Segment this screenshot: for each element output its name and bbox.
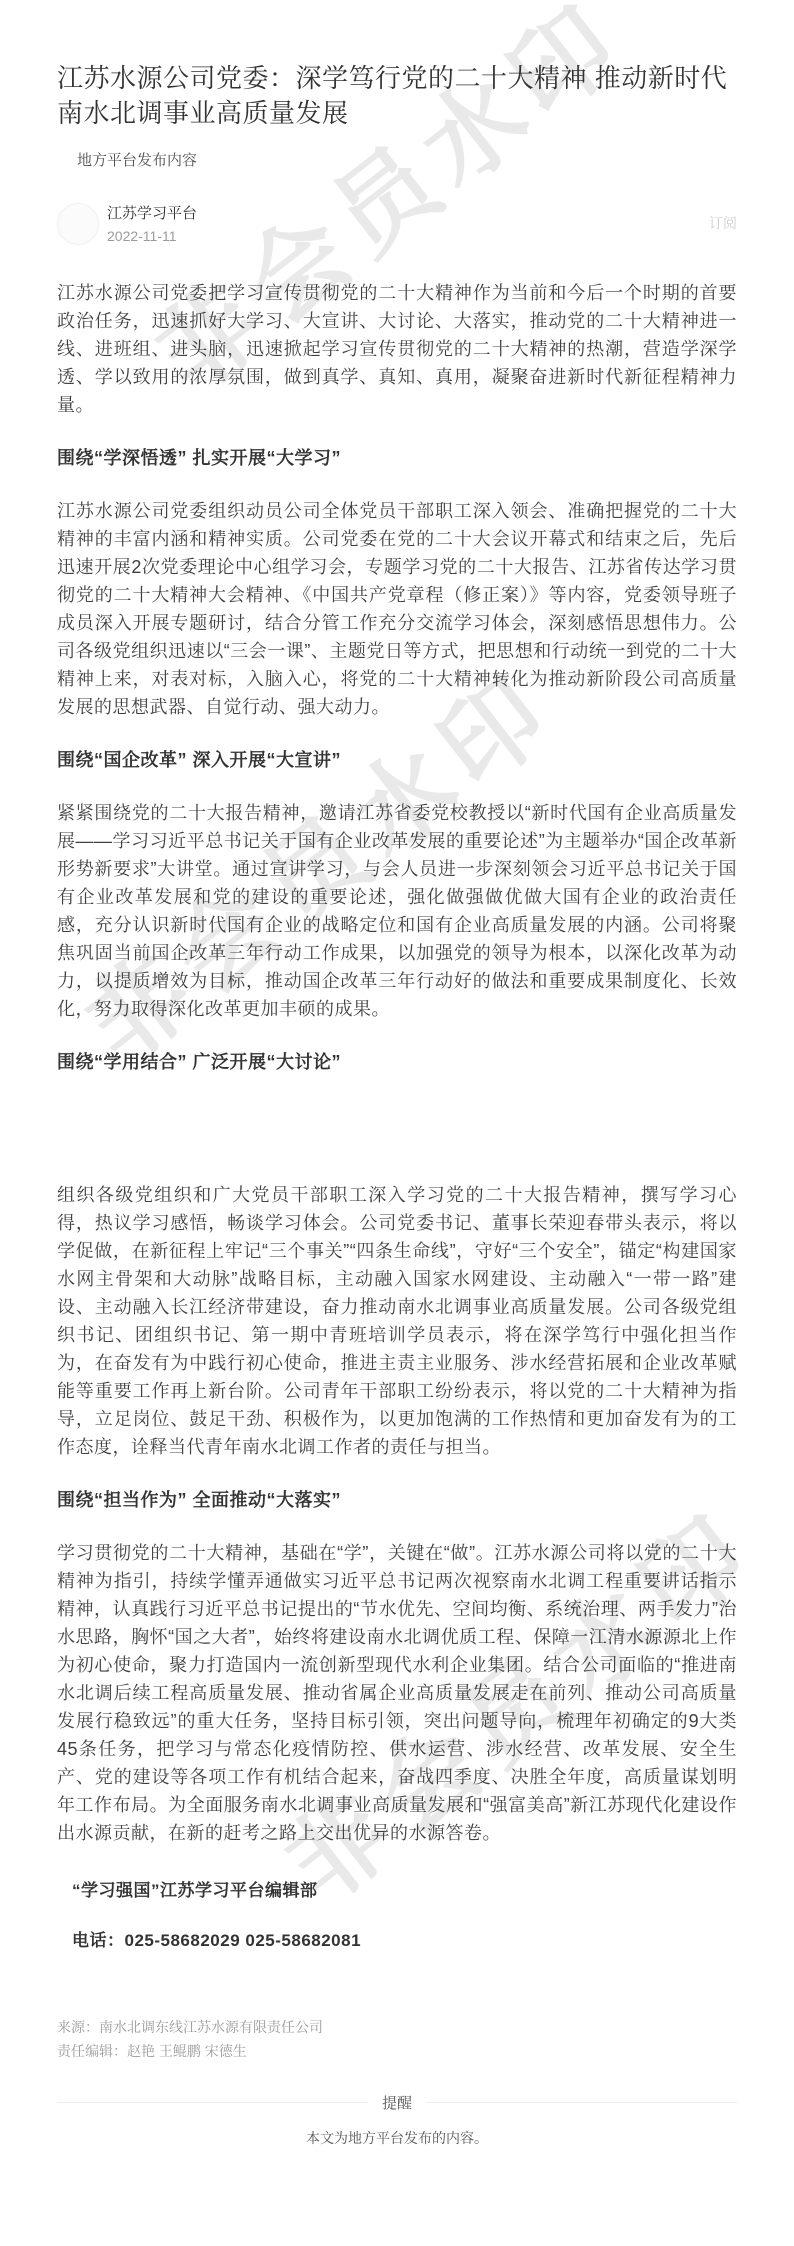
section-heading-3: 围绕“学用结合” 广泛开展“大讨论” <box>57 1049 737 1075</box>
section-paragraph-2: 紧紧围绕党的二十大报告精神，邀请江苏省委党校教授以“新时代国有企业高质量发展——… <box>57 799 737 1023</box>
publish-date: 2022-11-11 <box>107 227 197 245</box>
editorial-block: “学习强国”江苏学习平台编辑部 电话：025-58682029 025-5868… <box>57 1879 737 1953</box>
article-title: 江苏水源公司党委：深学笃行党的二十大精神 推动新时代南水北调事业高质量发展 <box>57 61 737 131</box>
author-meta: 江苏学习平台 2022-11-11 <box>107 204 197 245</box>
section-paragraph-4: 学习贯彻党的二十大精神，基础在“学”，关键在“做”。江苏水源公司将以党的二十大精… <box>57 1539 737 1847</box>
editors-line: 责任编辑：赵艳 王鲲鹏 宋德生 <box>57 2041 737 2062</box>
section-heading-2: 围绕“国企改革” 深入开展“大宣讲” <box>57 747 737 773</box>
author-name[interactable]: 江苏学习平台 <box>107 204 197 224</box>
platform-tag: 地方平台发布内容 <box>77 149 737 170</box>
author-avatar[interactable] <box>57 203 99 245</box>
article-content: 江苏水源公司党委：深学笃行党的二十大精神 推动新时代南水北调事业高质量发展 地方… <box>0 0 794 2188</box>
divider-line-right <box>426 2102 737 2103</box>
subscribe-button[interactable]: 订阅 <box>709 213 737 233</box>
editorial-department: “学习强国”江苏学习平台编辑部 <box>57 1879 737 1903</box>
divider-line-left <box>57 2102 368 2103</box>
section-paragraph-3: 组织各级党组织和广大党员干部职工深入学习党的二十大报告精神，撰写学习心得，热议学… <box>57 1181 737 1461</box>
meta-block: 来源：南水北调东线江苏水源有限责任公司 责任编辑：赵艳 王鲲鹏 宋德生 <box>57 2017 737 2062</box>
section-heading-4: 围绕“担当作为” 全面推动“大落实” <box>57 1487 737 1513</box>
section-heading-1: 围绕“学深悟透” 扎实开展“大学习” <box>57 445 737 471</box>
editorial-phone: 电话：025-58682029 025-58682081 <box>57 1929 737 1953</box>
article-body: 江苏水源公司党委把学习宣传贯彻党的二十大精神作为当前和今后一个时期的首要政治任务… <box>57 279 737 1847</box>
reminder-block: 提醒 本文为地方平台发布的内容。 <box>57 2092 737 2148</box>
reminder-label: 提醒 <box>368 2092 426 2113</box>
author-row: 江苏学习平台 2022-11-11 订阅 <box>57 203 737 245</box>
source-line: 来源：南水北调东线江苏水源有限责任公司 <box>57 2017 737 2038</box>
article-page: 非会员水印 非会员水印 非会员水印 江苏水源公司党委：深学笃行党的二十大精神 推… <box>0 0 794 2246</box>
intro-paragraph: 江苏水源公司党委把学习宣传贯彻党的二十大精神作为当前和今后一个时期的首要政治任务… <box>57 279 737 419</box>
content-spacer <box>57 1075 737 1155</box>
reminder-divider: 提醒 <box>57 2092 737 2113</box>
section-paragraph-1: 江苏水源公司党委组织动员公司全体党员干部职工深入领会、准确把握党的二十大精神的丰… <box>57 497 737 721</box>
reminder-note: 本文为地方平台发布的内容。 <box>57 2128 737 2148</box>
